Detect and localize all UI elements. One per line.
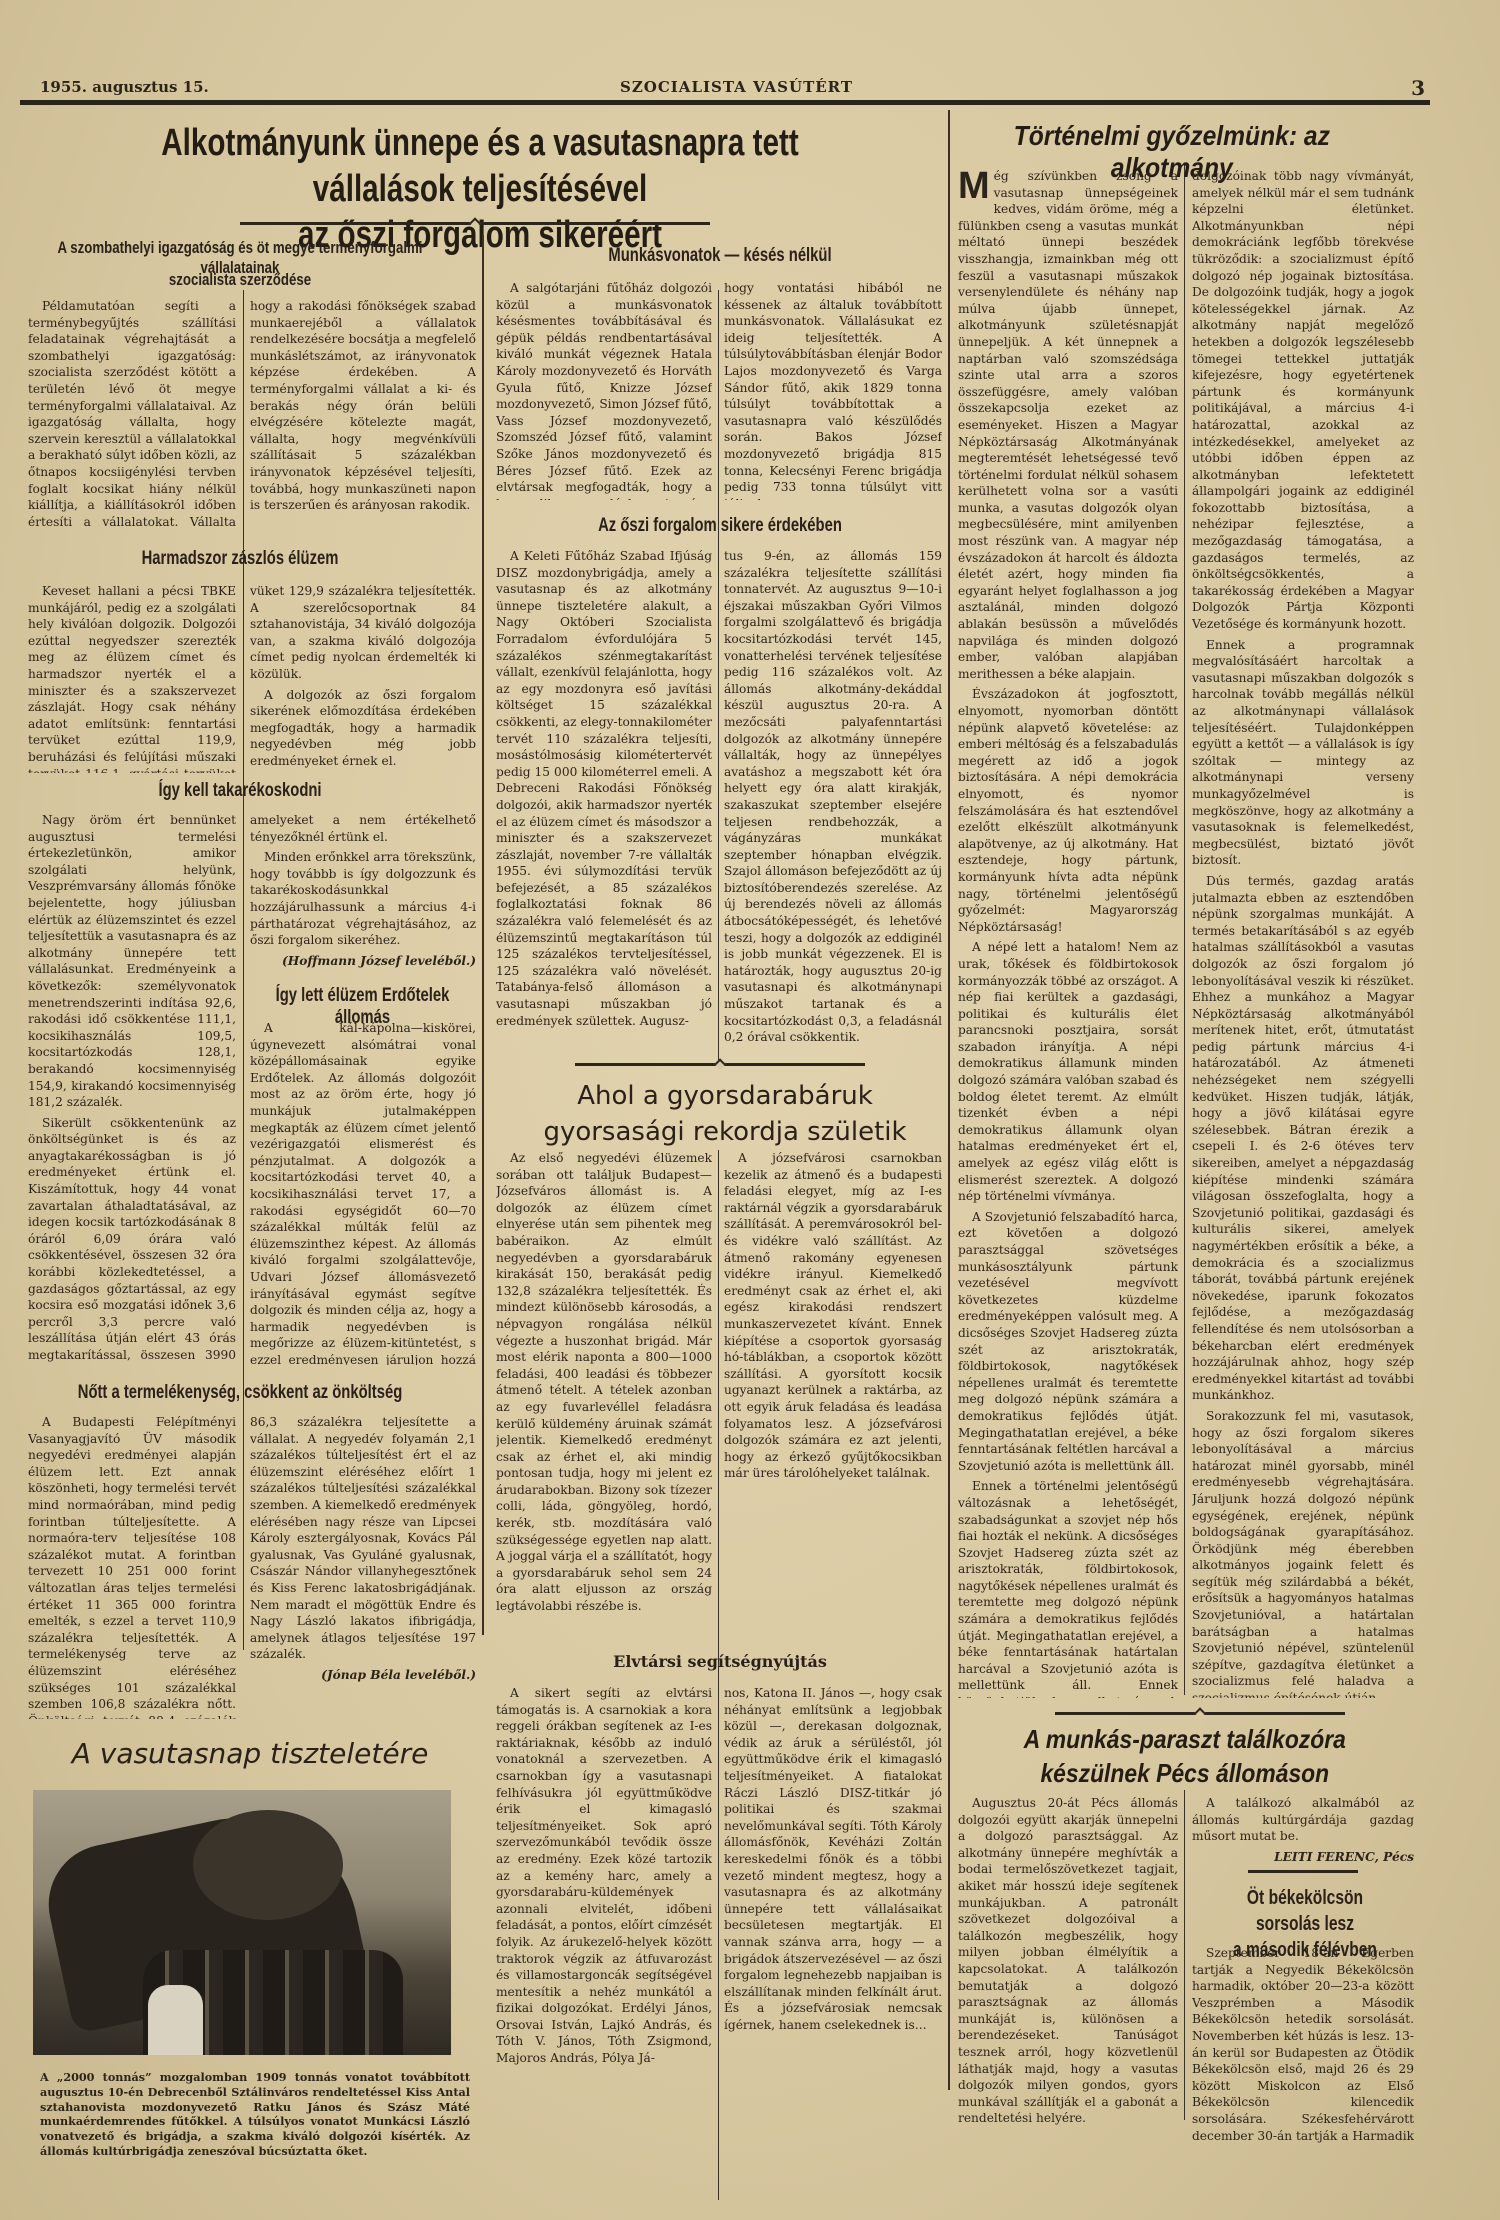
article-oszi-forgalom-col1: A Keleti Fűtőház Szabad Ifjúság DISZ moz… bbox=[496, 548, 712, 1056]
title-line: Öt békekölcsön sorsolás lesz bbox=[1215, 1885, 1394, 1937]
article-szombathely-col1: Példamutatóan segíti a terménybegyűjtés … bbox=[28, 298, 236, 526]
title-line: A munkás-paraszt találkozóra bbox=[1000, 1722, 1370, 1756]
article-munkasvonatok-col2: hogy vontatási hibából ne késsenek az ál… bbox=[724, 280, 942, 500]
article-bekekolcson-body: Szeptember 18-án Egerben tartják a Negye… bbox=[1192, 1945, 1414, 2145]
signature: LEITI FERENC, Pécs bbox=[1192, 1849, 1414, 1865]
article-harmadszor-title: Harmadszor zászlós élüzem bbox=[53, 548, 427, 570]
paragraph: A Keleti Fűtőház Szabad Ifjúság DISZ moz… bbox=[496, 548, 712, 1029]
paragraph: A Budapesti Felépítményi Vasanyagjavító … bbox=[28, 1414, 236, 1719]
paragraph: hogy a rakodási főnökségek szabad munkae… bbox=[250, 298, 476, 514]
paragraph: Még szívünkben zsong a vasutasnap ünneps… bbox=[958, 168, 1178, 682]
article-tortenelmi-col2: dolgozóinak több nagy vívmányát, amelyek… bbox=[1192, 168, 1414, 1698]
article-nott-col1: A Budapesti Felépítményi Vasanyagjavító … bbox=[28, 1414, 236, 1719]
article-gyorsdarabaruk-title: Ahol a gyorsdarabáruk gyorsasági rekordj… bbox=[500, 1078, 950, 1150]
article-munkasvonatok-title: Munkásvonatok — késés nélkül bbox=[541, 245, 900, 267]
paragraph: 86,3 százalékra teljesítette a vállalat.… bbox=[250, 1414, 476, 1663]
paragraph: vüket 129,9 százalékra teljesítették. A … bbox=[250, 583, 476, 683]
paragraph: A józsefvárosi csarnokban kezelik az átm… bbox=[724, 1150, 942, 1482]
masthead: 1955. augusztus 15. SZOCIALISTA VASÚTÉRT… bbox=[40, 78, 1425, 98]
paragraph: amelyeket a nem értékelhető tényezőknél … bbox=[250, 812, 476, 845]
title-line: gyorsasági rekordja születik bbox=[500, 1114, 950, 1150]
article-pecs-title: A munkás-paraszt találkozóra készülnek P… bbox=[1000, 1722, 1370, 1790]
article-harmadszor-col2: vüket 129,9 százalékra teljesítették. A … bbox=[250, 583, 476, 773]
section-divider bbox=[575, 1063, 865, 1066]
article-munkasvonatok-col1: A salgótarjáni fűtőház dolgozói közül a … bbox=[496, 280, 712, 500]
locomotive-photo bbox=[33, 1790, 451, 2055]
paragraph: Példamutatóan segíti a terménybegyűjtés … bbox=[28, 298, 236, 526]
article-nott-title: Nőtt a termelékenység, csökkent az önköl… bbox=[53, 1382, 427, 1404]
title-line: Ahol a gyorsdarabáruk bbox=[500, 1078, 950, 1114]
paragraph: Ennek a történelmi jelentőségű változásn… bbox=[958, 1478, 1178, 1698]
paragraph: Sikerült csökkentenünk az önköltségünket… bbox=[28, 1115, 236, 1362]
paragraph: tus 9-én, az állomás 159 százalékra telj… bbox=[724, 548, 942, 1046]
article-takarekoskodni-col1: Nagy öröm ért bennünket augusztusi terme… bbox=[28, 812, 236, 1362]
article-elvtarsi-col2: nos, Katona II. János —, hogy csak néhán… bbox=[724, 1685, 942, 2210]
paragraph: Dús termés, gazdag aratás jutalmazta ebb… bbox=[1192, 873, 1414, 1404]
signature: (Jónap Béla leveléből.) bbox=[250, 1667, 476, 1684]
paragraph: A salgótarjáni fűtőház dolgozói közül a … bbox=[496, 280, 712, 500]
signature: (Hoffmann József leveléből.) bbox=[250, 953, 476, 970]
article-oszi-forgalom-col2: tus 9-én, az állomás 159 százalékra telj… bbox=[724, 548, 942, 1056]
column-rule bbox=[1184, 1790, 1185, 2120]
paragraph: A Szovjetunió felszabadító harca, ezt kö… bbox=[958, 1209, 1178, 1475]
column-rule bbox=[718, 1150, 719, 2200]
article-szombathely-subtitle: szocialista szerződése bbox=[53, 270, 427, 290]
paragraph: A sikert segíti az elvtársi támogatás is… bbox=[496, 1685, 712, 2067]
article-pecs-col1: Augusztus 20-át Pécs állomás dolgozói eg… bbox=[958, 1795, 1178, 2205]
paragraph-text: ég szívünkben zsong a vasutasnap ünnepsé… bbox=[958, 169, 1178, 681]
paragraph: Sorakozzunk fel mi, vasutasok, hogy az ő… bbox=[1192, 1408, 1414, 1698]
title-line: készülnek Pécs állomáson bbox=[1000, 1756, 1370, 1790]
page-number: 3 bbox=[1411, 76, 1425, 100]
paragraph: nos, Katona II. János —, hogy csak néhán… bbox=[724, 1685, 942, 2033]
article-gyorsdarabaruk-col1: Az első negyedévi élüzemek sorában ott t… bbox=[496, 1150, 712, 1620]
article-takarekoskodni-col2: amelyeket a nem értékelhető tényezőknél … bbox=[250, 812, 476, 982]
column-rule bbox=[243, 290, 244, 1650]
article-takarekoskodni-title: Így kell takarékoskodni bbox=[53, 780, 427, 802]
section-divider bbox=[1248, 1870, 1358, 1873]
masthead-rule bbox=[20, 100, 1430, 105]
article-elvtarsi-col1: A sikert segíti az elvtársi támogatás is… bbox=[496, 1685, 712, 2210]
paragraph: Évszázadokon át jogfosztott, elnyomott, … bbox=[958, 686, 1178, 935]
article-oszi-forgalom-title: Az őszi forgalom sikere érdekében bbox=[541, 515, 900, 537]
main-headline-line1: Alkotmányunk ünnepe és a vasutasnapra te… bbox=[121, 120, 839, 212]
paragraph: Az első negyedévi élüzemek sorában ott t… bbox=[496, 1150, 712, 1615]
paragraph: hogy vontatási hibából ne késsenek az ál… bbox=[724, 280, 942, 500]
newspaper-page: 1955. augusztus 15. SZOCIALISTA VASÚTÉRT… bbox=[0, 0, 1500, 2220]
paragraph: A találkozó alkalmából az állomás kultúr… bbox=[1192, 1795, 1414, 1845]
article-elvtarsi-title: Elvtársi segítségnyújtás bbox=[490, 1652, 950, 1671]
photo-caption: A „2000 tonnás” mozgalomban 1909 tonnás … bbox=[40, 2070, 470, 2159]
paragraph: A dolgozók az őszi forgalom sikerének el… bbox=[250, 687, 476, 770]
section-divider bbox=[1055, 1712, 1345, 1715]
photo-feature-title: A vasutasnap tiszteletére bbox=[30, 1737, 470, 1770]
paragraph: A kál-kápolna—kiskörei, úgynevezett alsó… bbox=[250, 1020, 476, 1365]
paragraph: Szeptember 18-án Egerben tartják a Negye… bbox=[1192, 1945, 1414, 2145]
paragraph: A népé lett a hatalom! Nem az urak, tőké… bbox=[958, 939, 1178, 1205]
article-harmadszor-col1: Keveset hallani a pécsi TBKE munkájáról,… bbox=[28, 583, 236, 773]
column-rule bbox=[718, 290, 719, 1060]
paragraph: dolgozóinak több nagy vívmányát, amelyek… bbox=[1192, 168, 1414, 633]
paragraph: Keveset hallani a pécsi TBKE munkájáról,… bbox=[28, 583, 236, 773]
article-nott-col2: 86,3 százalékra teljesítette a vállalat.… bbox=[250, 1414, 476, 1719]
paragraph: Augusztus 20-át Pécs állomás dolgozói eg… bbox=[958, 1795, 1178, 2127]
article-szombathely-col2: hogy a rakodási főnökségek szabad munkae… bbox=[250, 298, 476, 526]
paragraph: Minden erőnkkel arra törekszünk, hogy to… bbox=[250, 849, 476, 949]
dropcap: M bbox=[958, 170, 990, 202]
article-gyorsdarabaruk-col2: A józsefvárosi csarnokban kezelik az átm… bbox=[724, 1150, 942, 1620]
paragraph: Ennek a programnak megvalósításáért harc… bbox=[1192, 637, 1414, 869]
column-rule bbox=[482, 235, 484, 1635]
crew-member bbox=[148, 1985, 203, 2055]
article-tortenelmi-col1: Még szívünkben zsong a vasutasnap ünneps… bbox=[958, 168, 1178, 1698]
issue-date: 1955. augusztus 15. bbox=[40, 78, 209, 96]
article-erdotelek-body: A kál-kápolna—kiskörei, úgynevezett alsó… bbox=[250, 1020, 476, 1365]
newspaper-name: SZOCIALISTA VASÚTÉRT bbox=[620, 78, 853, 96]
column-rule bbox=[1184, 165, 1185, 1695]
headline-divider bbox=[240, 222, 710, 225]
boiler-shape bbox=[193, 1810, 343, 1920]
paragraph: Nagy öröm ért bennünket augusztusi terme… bbox=[28, 812, 236, 1111]
article-pecs-col2: A találkozó alkalmából az állomás kultúr… bbox=[1192, 1795, 1414, 1865]
